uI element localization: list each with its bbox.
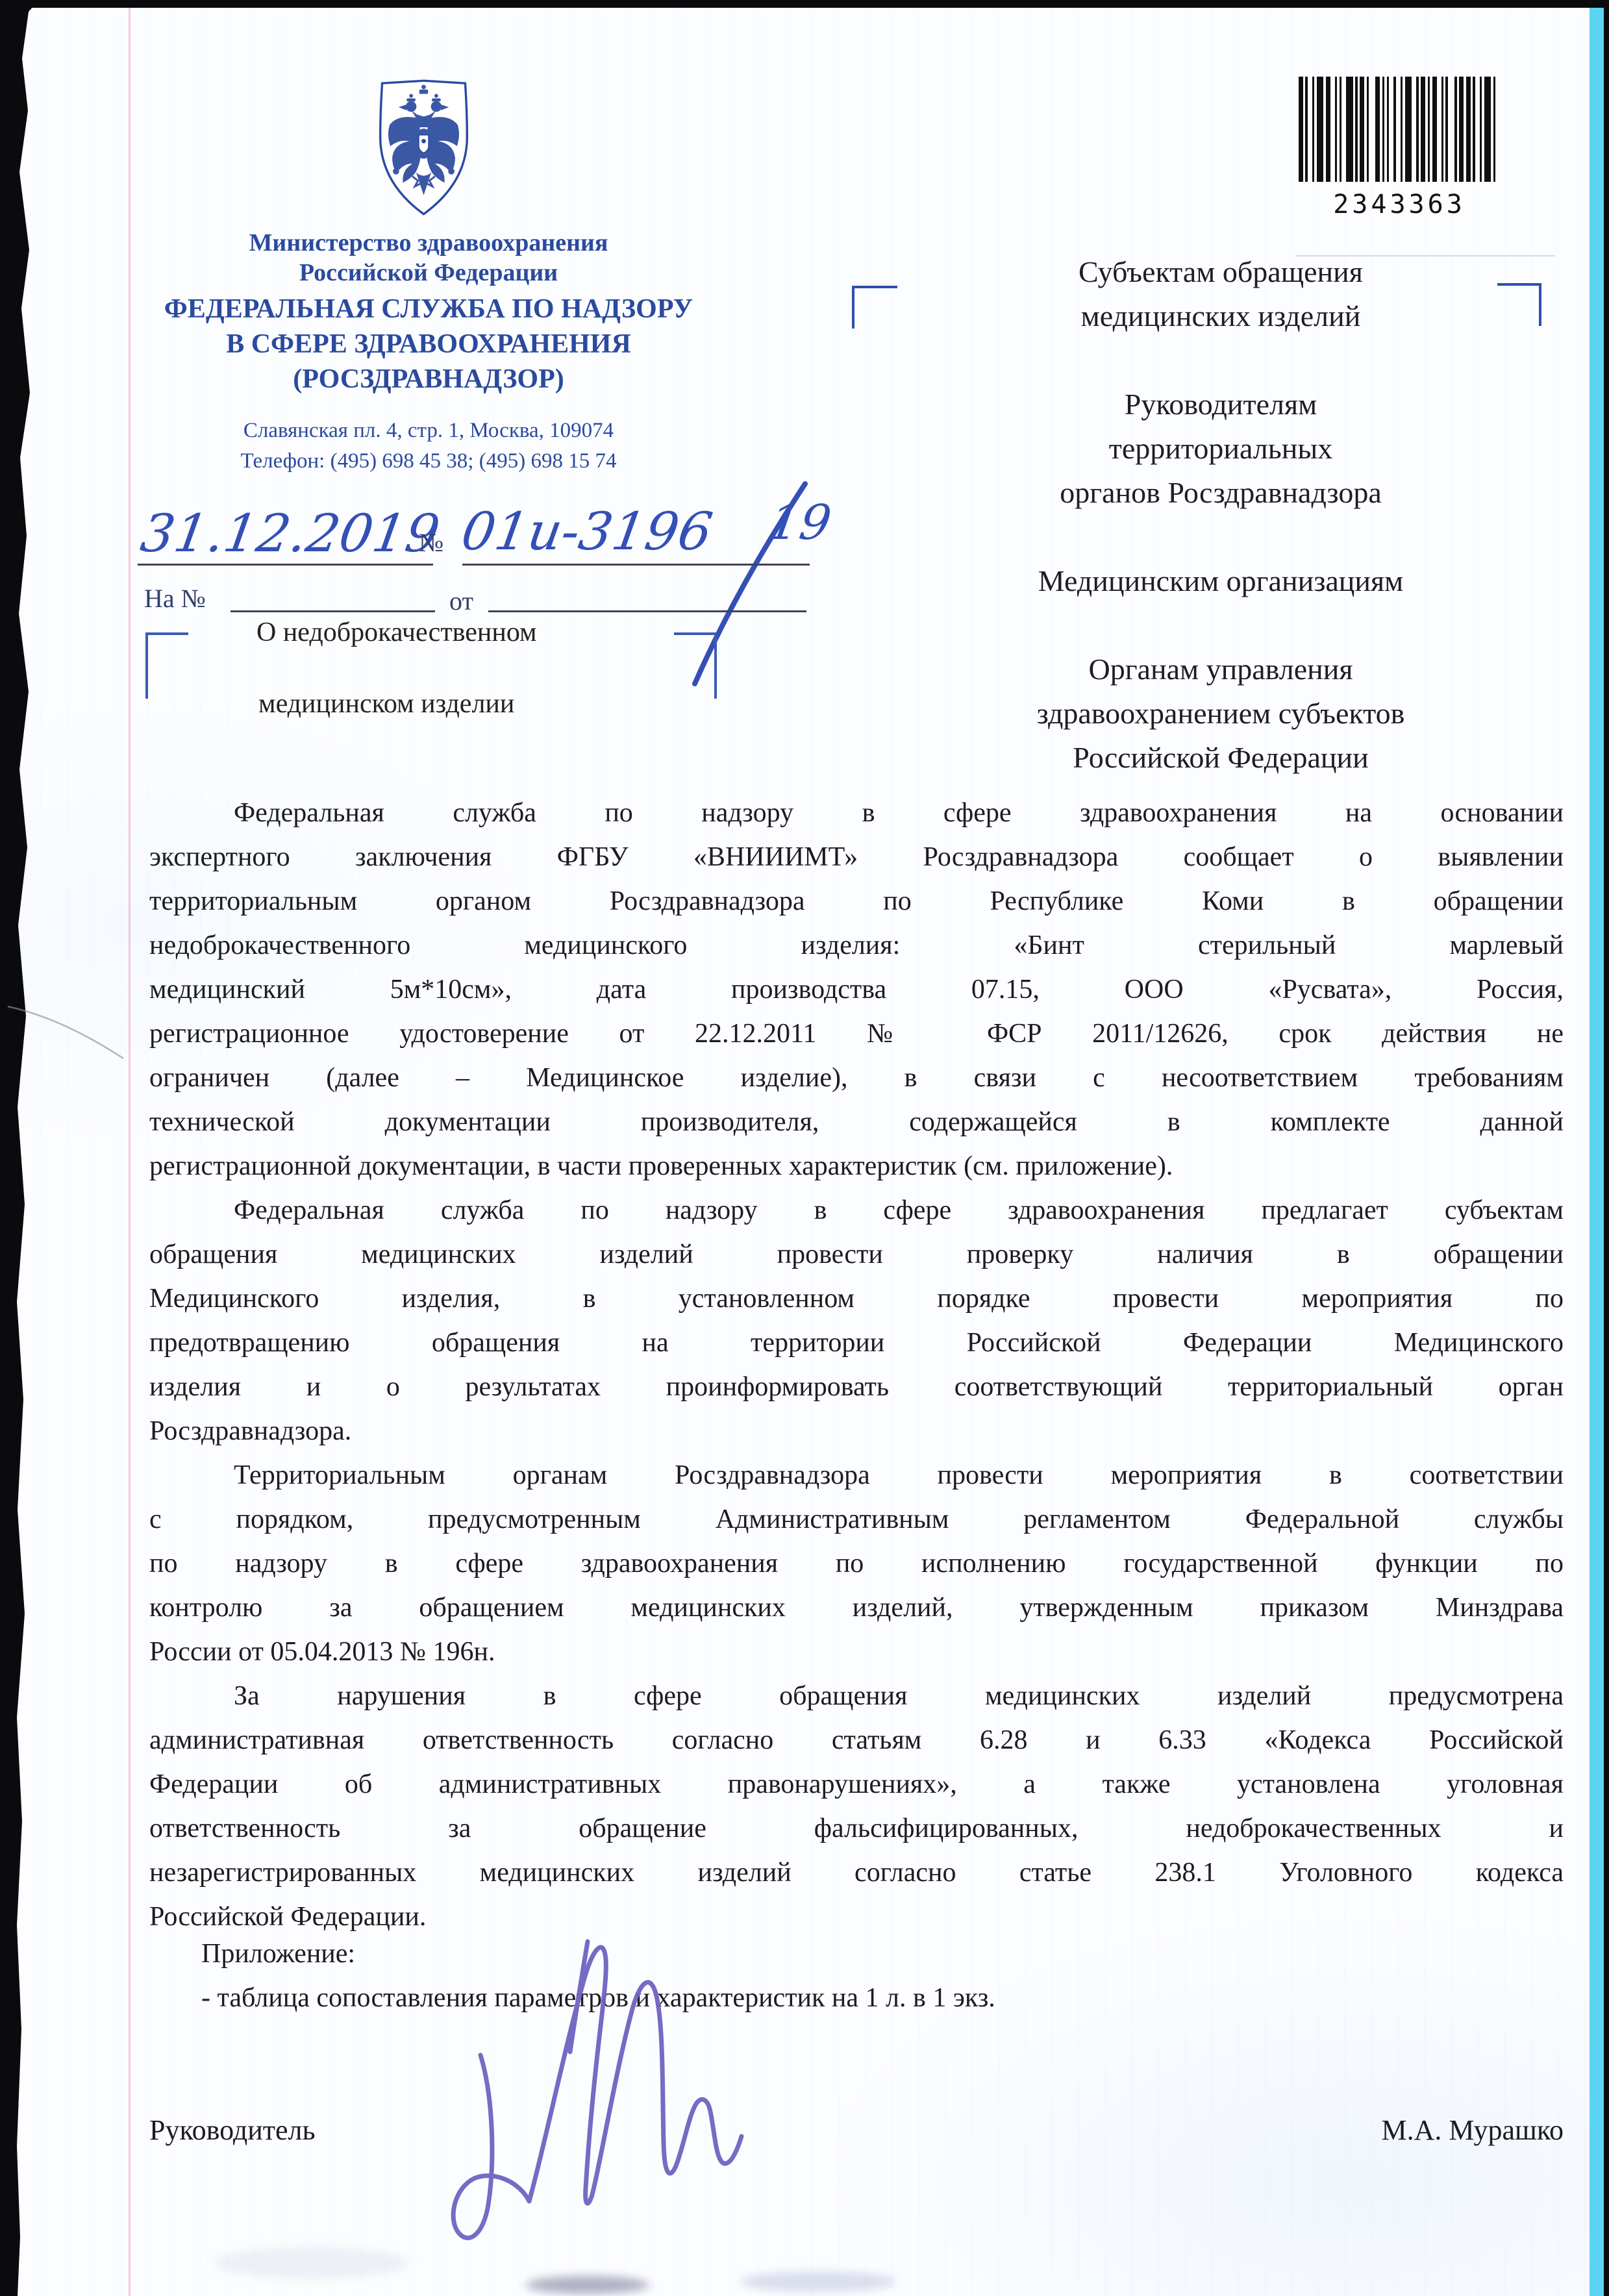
addressee-block: Руководителямтерриториальныхорганов Росз… [935, 382, 1506, 515]
body-line: Российской Федерации. [149, 1895, 1564, 1939]
scanner-strip-cyan [1590, 0, 1604, 2296]
addressee-line: Российской Федерации [935, 736, 1506, 780]
addressee-column: Субъектам обращениямедицинских изделийРу… [935, 250, 1506, 824]
body-line: изделия и о результатах проинформировать… [149, 1365, 1564, 1409]
scanned-document: Министерство здравоохранения Российской … [0, 0, 1609, 2296]
body-line: За нарушения в сфере обращения медицинск… [149, 1674, 1564, 1718]
body-line: Росздравнадзора. [149, 1409, 1564, 1453]
date-underline [138, 564, 433, 566]
reply-number-label: На № [144, 583, 206, 614]
addressee-line: Руководителям [935, 382, 1506, 427]
addressee-line: органов Росздравнадзора [935, 471, 1506, 515]
body-line: Федеральная служба по надзору в сфере зд… [149, 791, 1564, 835]
addressee-line: здравоохранением субъектов [935, 692, 1506, 736]
addressee-line: медицинских изделий [935, 294, 1506, 338]
body-line: обращения медицинских изделий провести п… [149, 1232, 1564, 1277]
paper-crease [0, 993, 169, 1084]
ministry-name-line2: Российской Федерации [97, 258, 760, 287]
body-line: предотвращению обращения на территории Р… [149, 1321, 1564, 1365]
body-line: Территориальным органам Росздравнадзора … [149, 1453, 1564, 1497]
number-underline [462, 564, 810, 566]
body-line: административная ответственность согласн… [149, 1718, 1564, 1762]
corner-mark-subject-left [143, 629, 195, 703]
body-line: контролю за обращением медицинских издел… [149, 1586, 1564, 1630]
corner-mark-addressee-left [849, 282, 901, 334]
addressee-line: Органам управления [935, 647, 1506, 692]
reply-date-underline [488, 610, 806, 612]
scan-smudge [526, 2276, 649, 2294]
scan-smudge [214, 2247, 409, 2279]
scan-edge-top [0, 0, 1609, 8]
addressee-block: Медицинским организациям [935, 559, 1506, 603]
handwritten-date: 31.12.2019 [137, 503, 444, 564]
reply-from-label: от [449, 586, 473, 616]
russia-coat-of-arms-icon [373, 75, 474, 221]
body-line: Федерации об административных правонаруш… [149, 1762, 1564, 1806]
addressee-block: Органам управленияздравоохранением субъе… [935, 647, 1506, 780]
body-line: территориальным органом Росздравнадзора … [149, 879, 1564, 923]
addressee-line: Субъектам обращения [935, 250, 1506, 294]
body-line: недоброкачественного медицинского издели… [149, 923, 1564, 967]
addressee-line: Медицинским организациям [935, 559, 1506, 603]
torn-edge-left [0, 0, 39, 2296]
body-line: незарегистрированных медицинских изделий… [149, 1851, 1564, 1895]
appendix-label: Приложение: [201, 1938, 355, 1969]
scan-edge-right [1604, 0, 1609, 2296]
body-line: регистрационное удостоверение от 22.12.2… [149, 1012, 1564, 1056]
letterhead-phone: Телефон: (495) 698 45 38; (495) 698 15 7… [97, 449, 760, 473]
barcode-number: 2343363 [1299, 190, 1500, 219]
corner-mark-subject-right [669, 629, 721, 703]
addressee-line: территориальных [935, 427, 1506, 471]
service-name-line3: (РОСЗДРАВНАДЗОР) [97, 364, 760, 395]
body-line: экспертного заключения ФГБУ «ВНИИИМТ» Ро… [149, 835, 1564, 879]
handwritten-number-suffix: 19 [765, 495, 835, 551]
body-line: Федеральная служба по надзору в сфере зд… [149, 1188, 1564, 1232]
body-line: Медицинского изделия, в установленном по… [149, 1277, 1564, 1321]
subject-line1: О недоброкачественном [256, 617, 537, 648]
addressee-block: Субъектам обращениямедицинских изделий [935, 250, 1506, 338]
reply-number-underline [231, 610, 435, 612]
number-sign-label: № [419, 527, 443, 558]
signoff-name: М.А. Мурашко [1234, 2114, 1564, 2147]
ministry-name-line1: Министерство здравоохранения [97, 229, 760, 257]
service-name-line2: В СФЕРЕ ЗДРАВООХРАНЕНИЯ [97, 329, 760, 360]
letterhead-address: Славянская пл. 4, стр. 1, Москва, 109074 [97, 419, 760, 443]
body-line: с порядком, предусмотренным Администрати… [149, 1497, 1564, 1541]
barcode-icon [1299, 77, 1500, 182]
body-line: ограничен (далее – Медицинское изделие),… [149, 1056, 1564, 1100]
body-line: ответственность за обращение фальсифицир… [149, 1806, 1564, 1851]
signoff-title: Руководитель [149, 2114, 316, 2147]
service-name-line1: ФЕДЕРАЛЬНАЯ СЛУЖБА ПО НАДЗОРУ [97, 293, 760, 325]
body-text: Федеральная служба по надзору в сфере зд… [149, 791, 1564, 1939]
body-line: регистрационной документации, в части пр… [149, 1144, 1564, 1188]
body-line: медицинский 5м*10см», дата производства … [149, 967, 1564, 1012]
body-line: технической документации производителя, … [149, 1100, 1564, 1144]
scan-smudge [740, 2271, 896, 2292]
body-line: России от 05.04.2013 № 196н. [149, 1630, 1564, 1674]
subject-line2: медицинском изделии [258, 688, 514, 719]
signature-icon [442, 1922, 805, 2260]
body-line: по надзору в сфере здравоохранения по ис… [149, 1541, 1564, 1586]
